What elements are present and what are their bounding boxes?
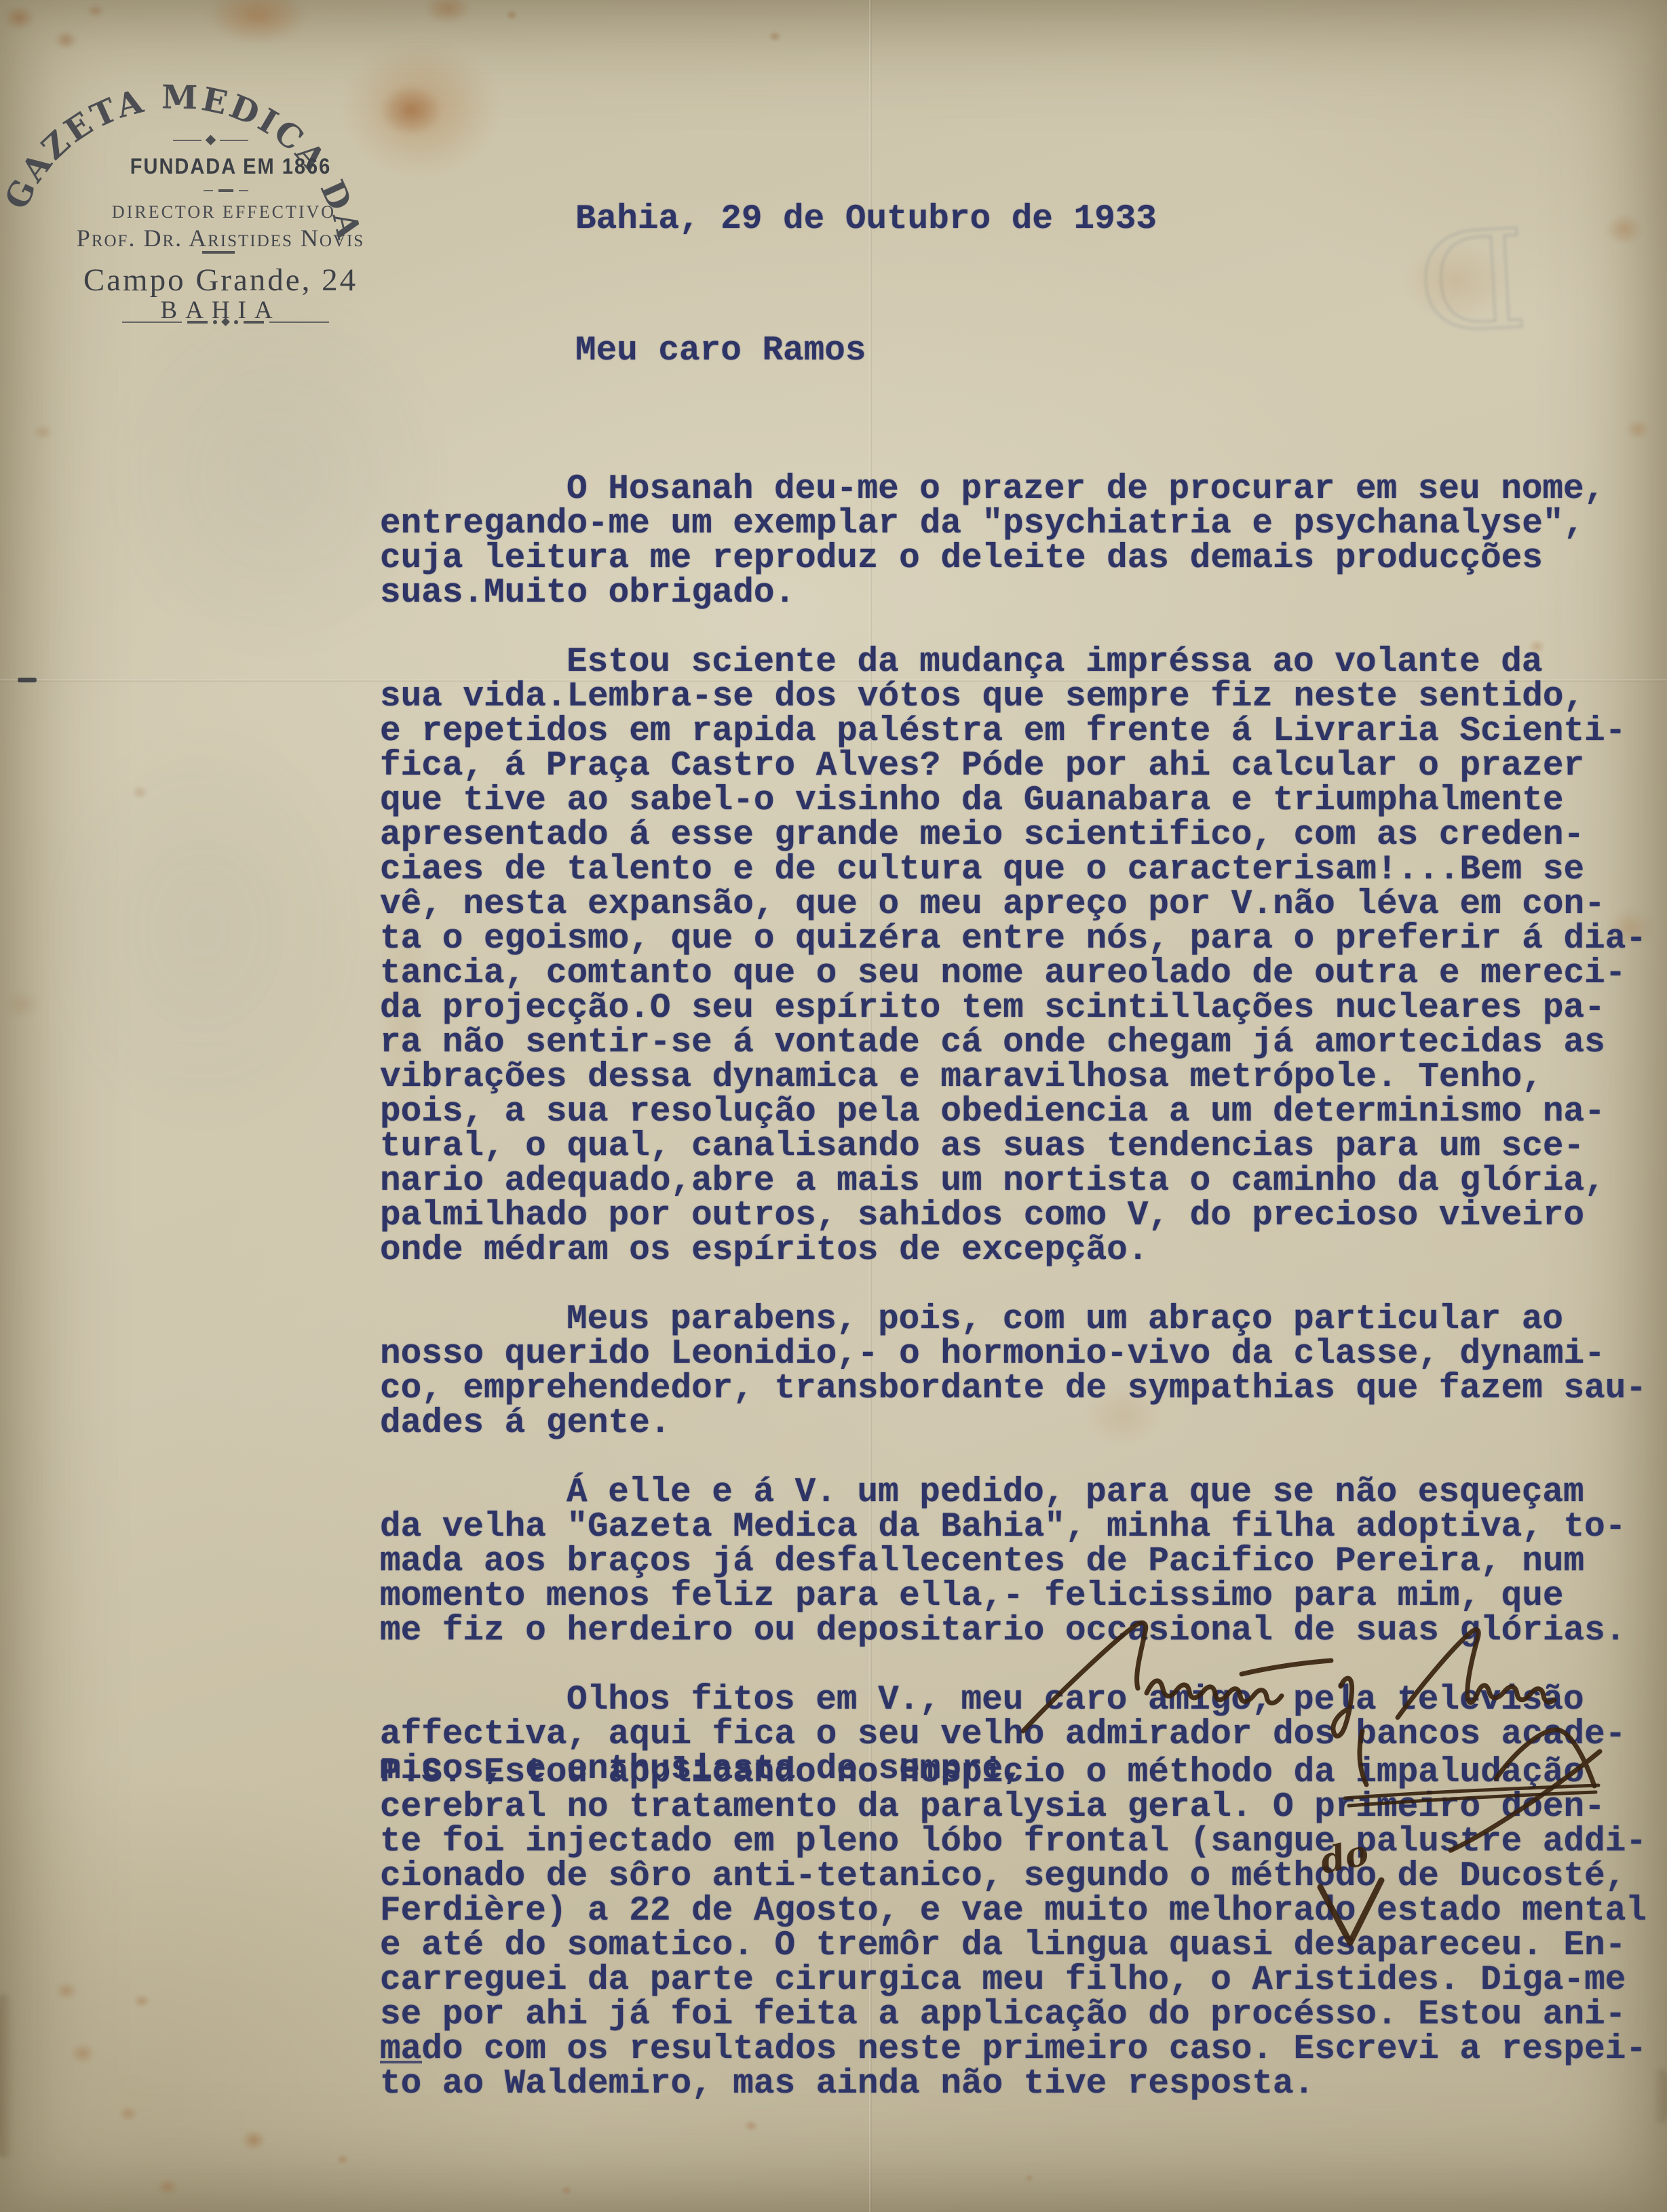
letter-body: O Hosanah deu-me o prazer de procurar em…: [380, 438, 1666, 1821]
letterhead-director-name: Prof. Dr. Aristides Novis: [58, 224, 383, 252]
stain: [133, 1994, 151, 2008]
stain: [744, 2120, 759, 2132]
paragraph-2: Estou sciente da mudança impréssa ao vol…: [380, 645, 1666, 1268]
paragraph-3: Meus parabens, pois, com um abraço parti…: [380, 1302, 1666, 1441]
stain: [157, 2179, 178, 2195]
typed-underline: [380, 2061, 422, 2063]
stain: [242, 2130, 266, 2150]
letter-scan: D GAZETA MEDICA DA BAHIA FUNDA: [0, 0, 1667, 2212]
stain: [560, 2186, 573, 2195]
stain: [1626, 419, 1650, 440]
stain: [1024, 2174, 1034, 2182]
stain: [132, 785, 148, 799]
letterhead-director-label: DIRECTOR EFFECTIVO: [75, 202, 373, 222]
stain: [119, 2106, 138, 2121]
paragraph-4: Á elle e á V. um pedido, para que se não…: [380, 1475, 1666, 1648]
stain: [1605, 214, 1643, 245]
ornament-bottom-rule: [122, 319, 329, 325]
paragraph-1: O Hosanah deu-me o prazer de procurar em…: [380, 472, 1666, 610]
stain: [505, 9, 518, 20]
stain: [768, 31, 782, 42]
stain: [0, 1994, 14, 2157]
stain: [337, 2154, 349, 2165]
stain: [1404, 244, 1506, 319]
stain: [4, 990, 39, 1019]
letterhead-address: Campo Grande, 24: [44, 262, 397, 298]
bleedthrough-letter-d: D: [1414, 201, 1531, 364]
letterhead: GAZETA MEDICA DA BAHIA FUNDADA EM 1866 D…: [0, 0, 434, 339]
stain: [71, 2043, 95, 2063]
date-line: Bahia, 29 de Outubro de 1933: [575, 202, 1157, 237]
ornament-small-rule: [204, 189, 248, 192]
letterhead-founded: FUNDADA EM 1866: [81, 155, 380, 180]
stain: [56, 1982, 77, 2000]
ornament-diamond-rule: [173, 136, 248, 144]
ornament-small-rule: [202, 251, 235, 254]
bleedthrough-smudge: [41, 719, 366, 1140]
salutation: Meu caro Ramos: [575, 334, 866, 368]
fold-edge-mark: [18, 678, 37, 682]
postscript: P.S. Estou applicando no Hospicio o méth…: [380, 1755, 1666, 2101]
stain: [33, 424, 53, 440]
